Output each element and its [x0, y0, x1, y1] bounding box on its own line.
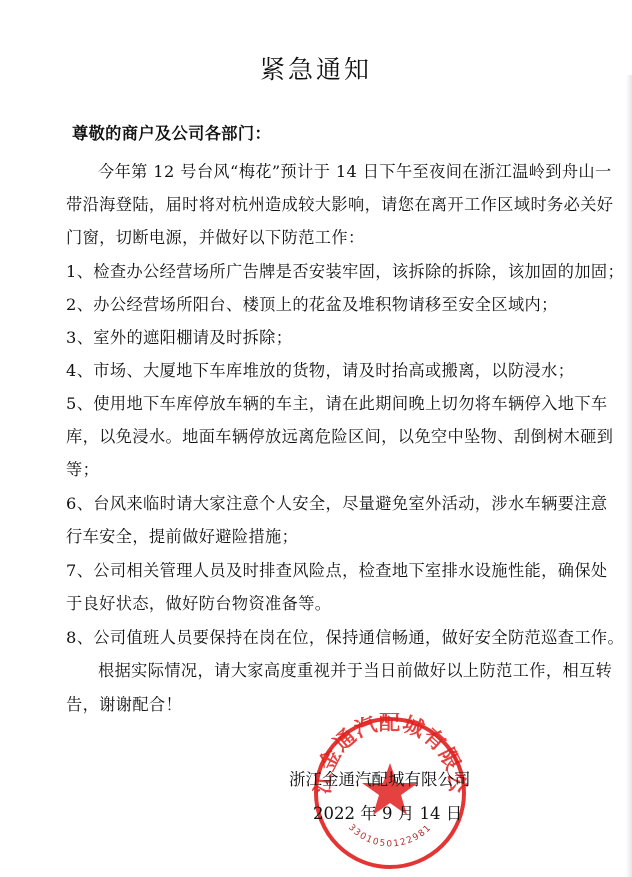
list-item-5-cont: 库，以免浸水。地面车辆停放远离危险区间，以免空中坠物、刮倒树木砸到 [66, 427, 613, 447]
closing-line: 根据实际情况，请大家高度重视并于当日前做好以上防范工作，相互转 [98, 661, 612, 681]
document-title: 紧急通知 [0, 50, 632, 86]
closing-line: 告，谢谢配合！ [66, 695, 182, 715]
list-item-6: 6、台风来临时请大家注意个人安全，尽量避免室外活动，涉水车辆要注意 [66, 494, 608, 514]
page-edge-shadow [626, 75, 632, 877]
list-item-8: 8、公司值班人员要保持在岗在位，保持通信畅通，做好安全防范巡查工作。 [66, 628, 624, 648]
list-item-1: 1、检查办公经营场所广告牌是否安装牢固，该拆除的拆除，该加固的加固； [66, 262, 624, 282]
list-item-3: 3、室外的遮阳棚请及时拆除； [66, 328, 292, 348]
list-item-7: 7、公司相关管理人员及时排查风险点，检查地下室排水设施性能，确保处 [66, 561, 608, 581]
list-item-5-cont: 等； [66, 460, 99, 480]
signature-date: 2022 年 9 月 14 日 [313, 800, 462, 824]
intro-line: 门窗，切断电源，并做好以下防范工作： [66, 228, 365, 248]
intro-line: 带沿海登陆，届时将对杭州造成较大影响，请您在离开工作区域时务必关好 [66, 195, 613, 215]
seal-stamp-icon: 浙江金通汽配城有限公司 3301050122981 [310, 713, 470, 873]
list-item-2: 2、办公经营场所阳台、楼顶上的花盆及堆积物请移至安全区域内； [66, 295, 558, 315]
list-item-5: 5、使用地下车库停放车辆的车主，请在此期间晚上切勿将车辆停入地下车 [66, 394, 608, 414]
signature-company: 浙江金通汽配城有限公司 [289, 766, 471, 790]
greeting: 尊敬的商户及公司各部门： [72, 124, 271, 144]
svg-text:3301050122981: 3301050122981 [346, 823, 434, 850]
list-item-7-cont: 于良好状态，做好防台物资准备等。 [66, 594, 331, 614]
company-seal: 浙江金通汽配城有限公司 3301050122981 [310, 713, 470, 873]
list-item-6-cont: 行车安全，提前做好避险措施； [66, 527, 298, 547]
list-item-4: 4、市场、大厦地下车库堆放的货物，请及时抬高或搬离，以防浸水； [66, 361, 574, 381]
intro-line: 今年第 12 号台风“梅花”预计于 14 日下午至夜间在浙江温岭到舟山一 [98, 162, 612, 182]
